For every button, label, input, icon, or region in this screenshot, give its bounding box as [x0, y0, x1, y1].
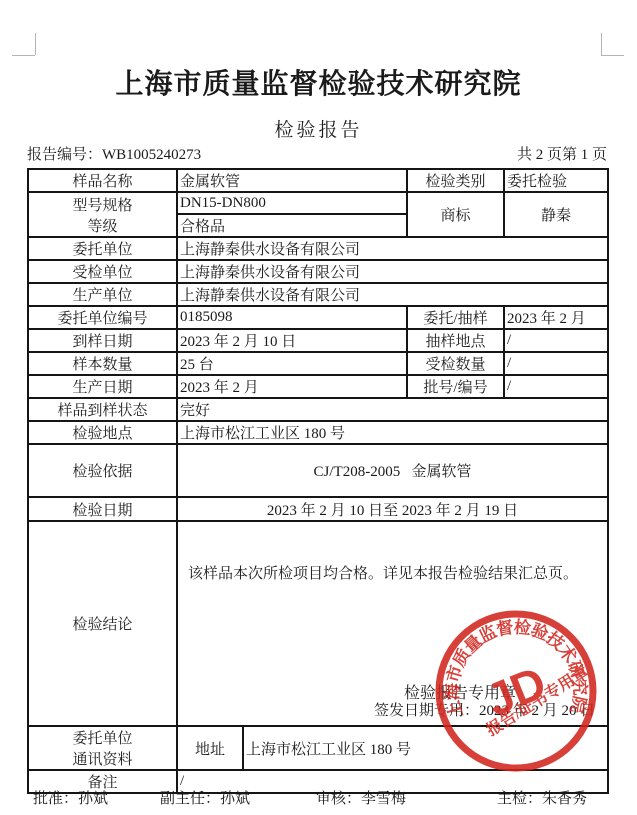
grade-value: 合格品	[177, 214, 407, 237]
report-number: 报告编号：WB1005240273	[27, 145, 201, 165]
arrival-date-value: 2023 年 2 月 10 日	[177, 329, 407, 352]
report-meta-row: 报告编号：WB1005240273 共 2 页第 1 页	[27, 145, 607, 165]
commission-sampling-value: 2023 年 2 月	[504, 306, 608, 329]
sample-state-value: 完好	[177, 398, 608, 421]
pagination: 共 2 页第 1 页	[517, 145, 607, 165]
inspection-place-label: 检验地点	[28, 421, 177, 444]
sampling-place-value: /	[504, 329, 608, 352]
inspected-unit-label: 受检单位	[28, 260, 177, 283]
report-subtitle: 检验报告	[0, 118, 637, 144]
client-no-value: 0185098	[177, 306, 407, 329]
client-unit-value: 上海静秦供水设备有限公司	[177, 237, 608, 260]
conclusion-cell: 该样品本次所检项目均合格。详见本报告检验结果汇总页。	[177, 521, 608, 726]
arrival-date-label: 到样日期	[28, 329, 177, 352]
commission-sampling-label: 委托/抽样	[407, 306, 504, 329]
manufacturer-label: 生产单位	[28, 283, 177, 306]
approver-signature: 批准：孙斌	[33, 787, 108, 808]
inspected-unit-value: 上海静秦供水设备有限公司	[177, 260, 608, 283]
model-spec-label: 型号规格等级	[28, 192, 177, 237]
conclusion-label: 检验结论	[28, 521, 177, 726]
issue-date-line: 签发日期专用：2023 年 2 月 20 日	[374, 699, 595, 720]
address-value: 上海市松江工业区 180 号	[243, 726, 608, 770]
inspection-basis-value: CJ/T208-2005 金属软管	[177, 444, 608, 497]
sample-name-value: 金属软管	[177, 169, 407, 192]
model-spec-value: DN15-DN800	[177, 192, 407, 214]
client-no-label: 委托单位编号	[28, 306, 177, 329]
manufacturer-value: 上海静秦供水设备有限公司	[177, 283, 608, 306]
sample-qty-label: 样本数量	[28, 352, 177, 375]
sample-name-label: 样品名称	[28, 169, 177, 192]
page-corner-mark-left	[12, 33, 36, 57]
inspection-date-value: 2023 年 2 月 10 日至 2023 年 2 月 19 日	[177, 497, 608, 521]
production-date-value: 2023 年 2 月	[177, 375, 407, 398]
inspected-qty-value: /	[504, 352, 608, 375]
batch-no-value: /	[504, 375, 608, 398]
client-unit-label: 委托单位	[28, 237, 177, 260]
institute-title: 上海市质量监督检验技术研究院	[0, 64, 637, 106]
inspection-basis-label: 检验依据	[28, 444, 177, 497]
inspection-date-label: 检验日期	[28, 497, 177, 521]
inspection-report-page: 上海市质量监督检验技术研究院 检验报告 报告编号：WB1005240273 共 …	[0, 0, 637, 815]
inspection-category-value: 委托检验	[504, 169, 608, 192]
sample-state-label: 样品到样状态	[28, 398, 177, 421]
deputy-director-signature: 副主任：孙斌	[160, 787, 250, 808]
chief-inspector-signature: 主检：朱香秀	[497, 787, 587, 808]
reviewer-signature: 审核：李雪梅	[316, 787, 406, 808]
inspected-qty-label: 受检数量	[407, 352, 504, 375]
trademark-label: 商标	[407, 192, 504, 237]
production-date-label: 生产日期	[28, 375, 177, 398]
inspection-category-label: 检验类别	[407, 169, 504, 192]
page-corner-mark-right	[601, 33, 625, 57]
signature-footer: 批准：孙斌 副主任：孙斌 审核：李雪梅 主检：朱香秀	[0, 787, 637, 809]
contact-label: 委托单位通讯资料	[28, 726, 177, 770]
batch-no-label: 批号/编号	[407, 375, 504, 398]
address-label: 地址	[177, 726, 243, 770]
trademark-value: 静秦	[504, 192, 608, 237]
sampling-place-label: 抽样地点	[407, 329, 504, 352]
inspection-place-value: 上海市松江工业区 180 号	[177, 421, 608, 444]
sample-qty-value: 25 台	[177, 352, 407, 375]
conclusion-text: 该样品本次所检项目均合格。详见本报告检验结果汇总页。	[180, 522, 605, 583]
